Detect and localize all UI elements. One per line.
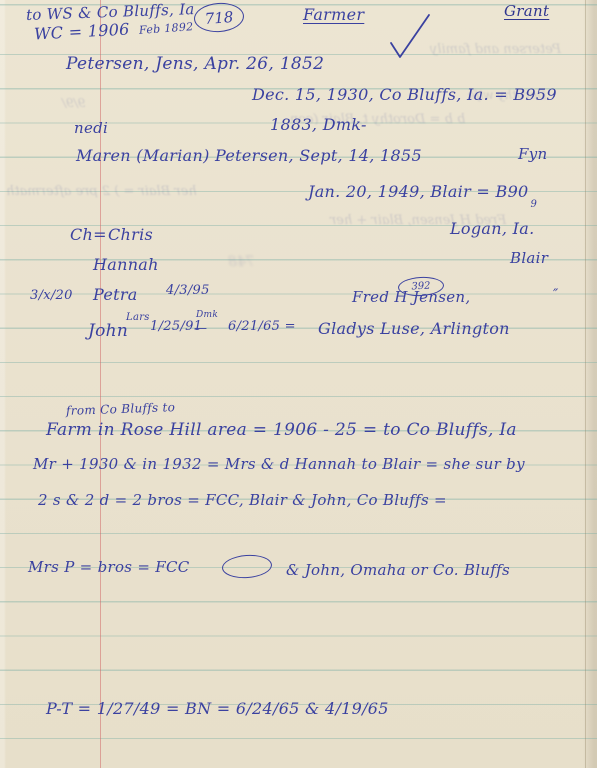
file-number-text: 718: [204, 8, 234, 28]
moved-from-note: from Co Bluffs to: [66, 401, 176, 417]
margin-note-3x20: 3/x/20: [30, 289, 73, 302]
red-margin-line: [100, 0, 101, 768]
wife-death: Jan. 20, 1949, Blair = B909: [308, 184, 535, 200]
survivors-note: 2 s & 2 d = 2 bros = FCC, Blair & John, …: [38, 493, 447, 508]
obituary-dates-note: P-T = 1/27/49 = BN = 6/24/65 & 4/19/65: [46, 701, 389, 717]
subject-death: Dec. 15, 1930, Co Bluffs, Ia. = B959: [252, 87, 557, 103]
child-petra: Petra: [93, 287, 138, 303]
wife-death-text: Jan. 20, 1949, Blair = B90: [308, 182, 529, 201]
child-chris-place: Logan, Ia.: [450, 221, 534, 237]
child-john-spouse: Gladys Luse, Arlington: [318, 321, 510, 337]
child-petra-date: 4/3/95: [166, 284, 210, 297]
child-john-death: 6/21/65 =: [228, 320, 296, 333]
child-hannah: Hannah: [93, 257, 159, 273]
ref-392-text: 392: [411, 281, 431, 293]
john-dash: —: [194, 322, 207, 335]
bleedthrough-line: Petersen and family: [430, 42, 561, 57]
wife-name-birth: Maren (Marian) Petersen, Sept, 14, 1855: [76, 148, 422, 164]
subject-name-birth: Petersen, Jens, Apr. 26, 1852: [66, 56, 324, 73]
child-hannah-place: Blair: [510, 251, 548, 266]
mrs-p-note-right: & John, Omaha or Co. Bluffs: [286, 563, 510, 578]
wife-death-subscript: 9: [531, 199, 538, 210]
child-chris: Chris: [108, 227, 153, 243]
ditto-mark: ″: [553, 288, 559, 302]
emigration-note: 1883, Dmk-: [270, 117, 367, 133]
farm-note: Farm in Rose Hill area = 1906 - 25 = to …: [46, 422, 517, 439]
children-label: Ch=: [70, 227, 107, 243]
bleedthrough-smudge: 748: [228, 254, 255, 270]
bleedthrough-line: 9/9/: [62, 96, 85, 110]
wife-origin: Fyn: [518, 147, 547, 162]
child-john-superscript: Lars: [126, 313, 150, 323]
child-john: John: [88, 323, 128, 340]
john-dash-superscript: Dmk: [196, 311, 218, 320]
scan-edge-crease: [585, 0, 586, 768]
occupation-note: Farmer: [303, 7, 364, 23]
nedi-note: nedi: [74, 121, 108, 136]
note-page: Petersen and family Dorothy wife b b = D…: [0, 0, 597, 768]
mrs-p-note-left: Mrs P = bros = FCC: [28, 560, 190, 575]
check-mark-icon: [386, 12, 432, 62]
township-note: Grant: [504, 4, 549, 19]
bleedthrough-line: her Blair = ) 2 pre aftermath: [6, 184, 197, 199]
small-date-note: Feb 1892: [139, 21, 194, 36]
relocation-note: Mr + 1930 & in 1932 = Mrs & d Hannah to …: [33, 457, 525, 472]
